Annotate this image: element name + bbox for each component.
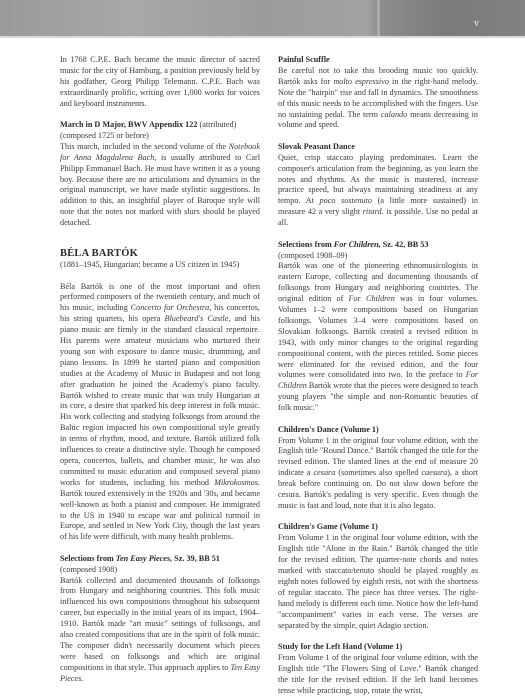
composer-name: BÉLA BARTÓK [60, 247, 260, 260]
text: was in four volumes. Volumes 1–2 were co… [278, 294, 478, 379]
left-hand-study-description: From Volume 1 of the original four volum… [278, 653, 478, 697]
term: cesura [314, 468, 336, 477]
term: caesura [421, 468, 447, 477]
march-composed-date: (composed 1725 or before) [60, 131, 260, 142]
for-children-heading: Selections from For Children, Sz. 42, BB… [278, 240, 478, 251]
left-column: In 1768 C.P.E. Bach became the music dir… [60, 55, 260, 685]
term: poco sostenuto [320, 196, 373, 205]
slovak-dance-description: Quiet, crisp staccato playing predominat… [278, 153, 478, 229]
term: ritard. [363, 207, 384, 216]
composer-biography: Béla Bartók is one of the most important… [60, 282, 260, 544]
text: This march, included in the second volum… [60, 142, 229, 151]
header-band: v [0, 0, 525, 38]
slovak-dance-heading: Slovak Peasant Dance [278, 142, 478, 153]
slovak-dance-section: Slovak Peasant Dance Quiet, crisp stacca… [278, 142, 478, 229]
work-title: Ten Easy Pieces, [116, 554, 172, 563]
text: Sz. 42, BB 53 [381, 240, 429, 249]
childrens-game-section: Children's Game (Volume 1) From Volume 1… [278, 522, 478, 631]
text: is usually attributed to Carl Philipp Em… [60, 153, 260, 227]
painful-scuffle-description: Be careful not to take this brooding mus… [278, 66, 478, 131]
text: and his piano music are firmly in the st… [60, 314, 260, 487]
childrens-game-heading: Children's Game (Volume 1) [278, 522, 478, 533]
bartok-section: BÉLA BARTÓK (1881–1945, Hungarian; becam… [60, 247, 260, 543]
ten-easy-pieces-heading: Selections from Ten Easy Pieces, Sz. 39,… [60, 554, 260, 565]
march-heading: March in D Major, BWV Appendix 122 (attr… [60, 120, 260, 131]
painful-scuffle-section: Painful Scuffle Be careful not to take t… [278, 55, 478, 131]
page-number: v [474, 18, 479, 29]
for-children-section: Selections from For Children, Sz. 42, BB… [278, 240, 478, 415]
text: Bartók collected and documented thousand… [60, 576, 260, 672]
left-hand-study-heading: Study for the Left Hand (Volume 1) [278, 642, 478, 653]
text: Selections from [278, 240, 334, 249]
childrens-game-description: From Volume 1 in the original four volum… [278, 533, 478, 631]
term: calando [381, 110, 407, 119]
for-children-composed-date: (composed 1908–09) [278, 251, 478, 262]
work-title: Mikrokosmos. [214, 478, 260, 487]
work-title: For Children [349, 294, 395, 303]
work-title: Bluebeard's Castle, [165, 314, 231, 323]
right-column: Painful Scuffle Be careful not to take t… [278, 55, 478, 696]
ten-easy-pieces-composed-date: (composed 1908) [60, 565, 260, 576]
childrens-dance-section: Children's Dance (Volume 1) From Volume … [278, 425, 478, 512]
march-section: March in D Major, BWV Appendix 122 (attr… [60, 120, 260, 229]
painful-scuffle-heading: Painful Scuffle [278, 55, 478, 66]
text: Bartók toured extensively in the 1920s a… [60, 489, 260, 542]
work-title: For Children, [334, 240, 381, 249]
work-title: Concerto for Orchestra, [131, 303, 212, 312]
text: (sometimes also spelled [335, 468, 421, 477]
cpe-bach-intro-paragraph: In 1768 C.P.E. Bach became the music dir… [60, 55, 260, 110]
march-attribution: (attributed) [197, 120, 236, 129]
left-hand-study-section: Study for the Left Hand (Volume 1) From … [278, 642, 478, 697]
text: Bartók wrote that the pieces were design… [278, 381, 478, 412]
ten-easy-pieces-description: Bartók collected and documented thousand… [60, 576, 260, 685]
ten-easy-pieces-section: Selections from Ten Easy Pieces, Sz. 39,… [60, 554, 260, 685]
childrens-dance-description: From Volume 1 in the original four volum… [278, 436, 478, 512]
for-children-description: Bartók was one of the pioneering ethnomu… [278, 261, 478, 414]
text: Selections from [60, 554, 116, 563]
composer-dates: (1881–1945, Hungarian; became a US citiz… [60, 260, 260, 271]
march-title: March in D Major, BWV Appendix 122 [60, 120, 197, 129]
term: molto espressivo [333, 77, 389, 86]
march-description: This march, included in the second volum… [60, 142, 260, 229]
childrens-dance-heading: Children's Dance (Volume 1) [278, 425, 478, 436]
text: Sz. 39, BB 51 [172, 554, 220, 563]
